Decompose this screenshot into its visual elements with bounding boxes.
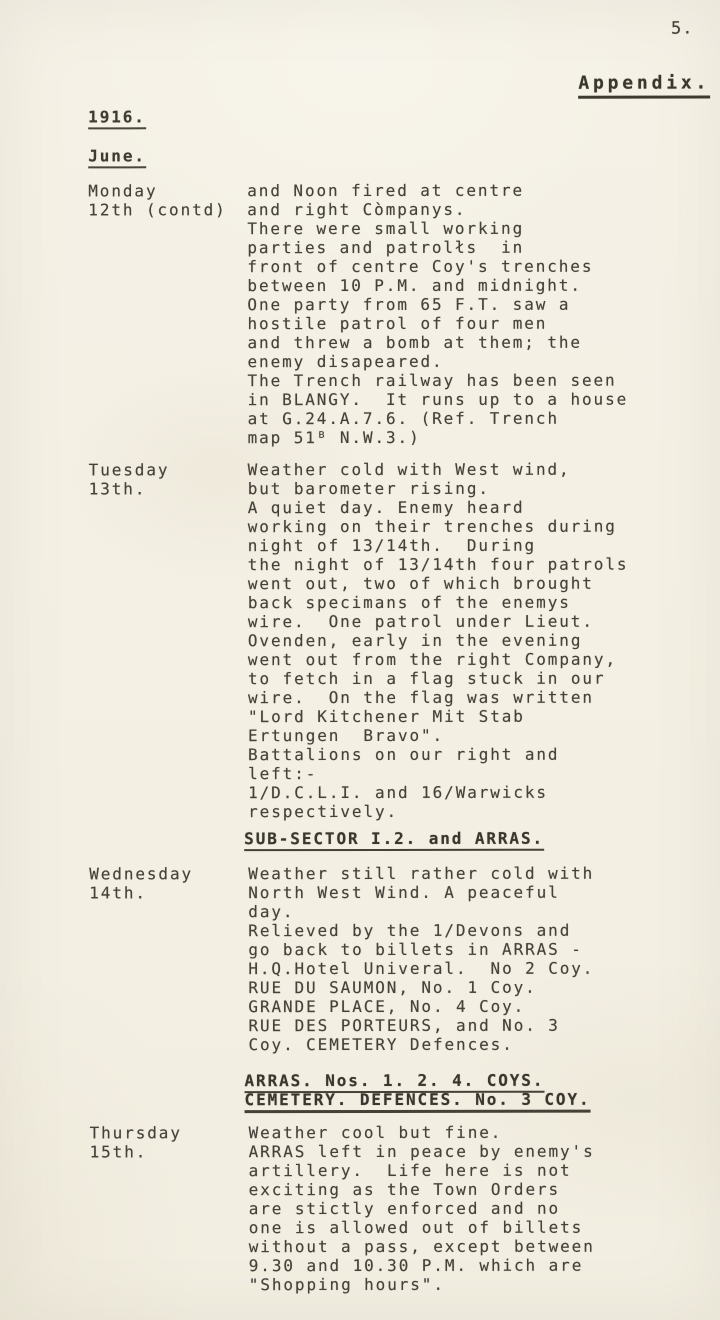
year-heading-text: 1916.: [88, 107, 146, 129]
entry-body-text: Weather cold with West wind, but baromet…: [248, 460, 700, 822]
entry-thursday-15th: Thursday 15th. Weather cool but fine. AR…: [90, 1123, 700, 1295]
diary-page: 5. Appendix. 1916. June. Monday 12th (co…: [0, 0, 720, 1320]
entry-date-label: 14th.: [89, 883, 248, 902]
entry-date-column: Wednesday 14th.: [89, 864, 248, 902]
entry-day-label: Tuesday: [89, 460, 248, 479]
month-heading-text: June.: [88, 146, 146, 168]
entry-date-label: 15th.: [90, 1142, 249, 1161]
page-content: 5. Appendix. 1916. June. Monday 12th (co…: [0, 0, 720, 1]
entry-tuesday-13th: Tuesday 13th. Weather cold with West win…: [89, 460, 700, 822]
entry-date-column: Thursday 15th.: [90, 1123, 249, 1161]
entry-body-text: and Noon fired at centre and right Còmpa…: [247, 181, 698, 448]
entry-day-label: Thursday: [90, 1123, 249, 1142]
entry-date-column: Tuesday 13th.: [89, 460, 248, 498]
entry-wednesday-14th: Wednesday 14th. Weather still rather col…: [89, 864, 699, 1055]
entry-date-column: Monday 12th (contd): [88, 181, 247, 219]
entry-day-label: Monday: [88, 181, 247, 200]
entry-monday-12th: Monday 12th (contd) and Noon fired at ce…: [88, 181, 698, 448]
entry-body-text: Weather still rather cold with North Wes…: [248, 864, 699, 1055]
entry-body-text: Weather cool but fine. ARRAS left in pea…: [249, 1123, 700, 1295]
month-heading: June.: [88, 146, 146, 168]
year-heading: 1916.: [88, 107, 146, 129]
cemetery-coy-heading: CEMETERY. DEFENCES. No. 3 COY.: [245, 1090, 591, 1113]
sub-sector-heading: SUB-SECTOR I.2. and ARRAS.: [244, 829, 544, 851]
entry-date-label: 13th.: [89, 479, 248, 498]
entry-date-label: 12th (contd): [88, 200, 247, 219]
entry-day-label: Wednesday: [89, 864, 248, 883]
page-number: 5.: [671, 20, 694, 39]
appendix-heading: Appendix.: [578, 73, 710, 99]
